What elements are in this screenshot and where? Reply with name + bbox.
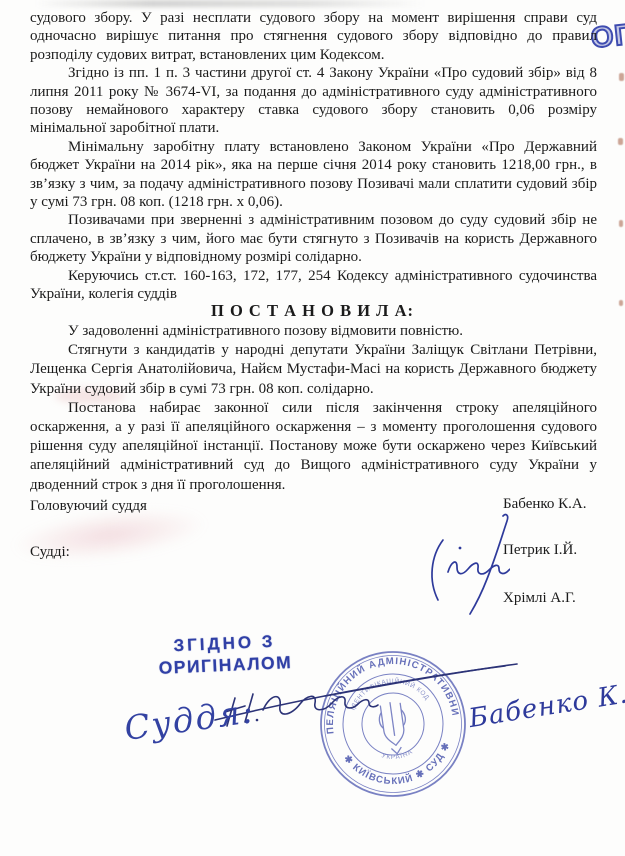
paragraph: Позивачами при зверненні з адміністратив… — [30, 211, 597, 266]
judge-name: Петрик І.Й. — [503, 542, 577, 559]
scan-smear — [35, 0, 425, 7]
resolution-body: У задоволенні адміністративного позову в… — [30, 322, 597, 495]
judge-signature-ink — [415, 510, 510, 615]
resolution-heading: П О С Т А Н О В И Л А: — [0, 301, 625, 321]
paragraph: Мінімальну заробітну плату встановлено З… — [30, 138, 597, 212]
presiding-judge-name: Бабенко К.А. — [503, 496, 587, 513]
edge-mark — [619, 220, 623, 227]
paragraph: Керуючись ст.ст. 160-163, 172, 177, 254 … — [30, 267, 597, 304]
paragraph: Постанова набирає законної сили після за… — [30, 399, 597, 495]
edge-mark — [618, 138, 623, 145]
judges-label: Судді: — [30, 544, 70, 561]
judge-name: Хрімлі А.Г. — [503, 590, 576, 607]
presiding-judge-label: Головуючий суддя — [30, 498, 147, 515]
edge-mark — [619, 73, 624, 81]
document-page: ОПІ судового збору. У разі несплати судо… — [0, 0, 625, 856]
paragraph: У задоволенні адміністративного позову в… — [30, 322, 597, 341]
paragraph: судового збору. У разі несплати судового… — [30, 9, 597, 64]
paragraph: Згідно із пп. 1 п. 3 частини другої ст. … — [30, 64, 597, 138]
paragraph: Стягнути з кандидатів у народні депутати… — [30, 341, 597, 399]
svg-text:УКРАЇНА: УКРАЇНА — [380, 748, 415, 763]
seal-inner-bottom-text: УКРАЇНА — [380, 748, 415, 763]
document-body: судового збору. У разі несплати судового… — [30, 9, 597, 304]
